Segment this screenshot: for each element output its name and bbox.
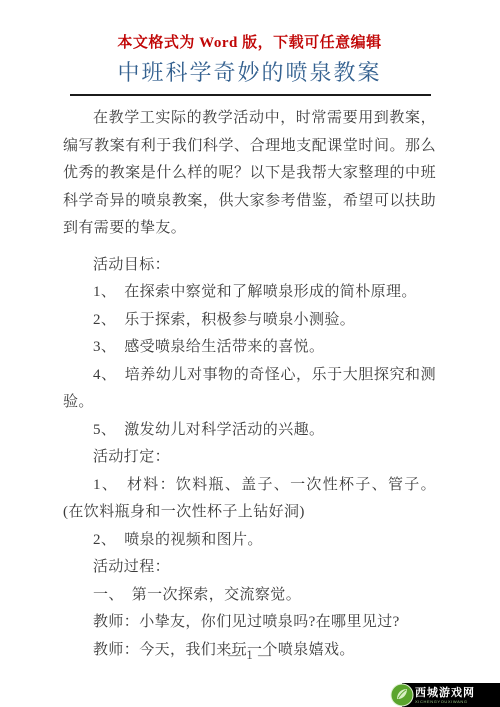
- paragraph: 2、 乐于探索，积极参与喷泉小测验。: [63, 307, 436, 335]
- paragraph: 教师：小挚友，你们见过喷泉吗?在哪里见过?: [63, 609, 436, 637]
- paragraph: 活动过程：: [63, 554, 436, 582]
- paragraph: 5、 激发幼儿对科学活动的兴趣。: [63, 417, 436, 445]
- watermark-bar: 西城游戏网 XICHENGYOUXIWANG: [402, 683, 500, 707]
- watermark-site-name: 西城游戏网: [415, 687, 500, 699]
- paragraph: 4、 培养幼儿对事物的奇怪心，乐于大胆探究和测验。: [63, 362, 436, 417]
- site-watermark: 西城游戏网 XICHENGYOUXIWANG: [402, 683, 500, 707]
- document-page: 本文格式为 Word 版，下载可任意编辑 中班科学奇妙的喷泉教案 在教学工实际的…: [0, 0, 500, 707]
- paragraph: 在教学工实际的教学活动中，时常需要用到教案，编写教案有利于我们科学、合理地支配课…: [63, 105, 436, 243]
- paragraph: 3、 感受喷泉给生活带来的喜悦。: [63, 334, 436, 362]
- watermark-caption: XICHENGYOUXIWANG: [415, 699, 500, 704]
- paragraph: 活动目标：: [63, 252, 436, 280]
- paragraph: 1、 材料：饮料瓶、盖子、一次性杯子、管子。(在饮料瓶身和一次性杯子上钻好洞): [63, 472, 436, 527]
- paragraph: 一、 第一次探索，交流察觉。: [63, 582, 436, 610]
- paragraph: 1、 在探索中察觉和了解喷泉形成的简朴原理。: [63, 279, 436, 307]
- paragraph: 2、 喷泉的视频和图片。: [63, 527, 436, 555]
- document-content: 本文格式为 Word 版，下载可任意编辑 中班科学奇妙的喷泉教案 在教学工实际的…: [0, 0, 500, 664]
- leaf-logo-icon: [390, 683, 414, 707]
- page-number: — 1 —: [0, 647, 500, 663]
- document-title: 中班科学奇妙的喷泉教案: [63, 58, 436, 88]
- document-body: 在教学工实际的教学活动中，时常需要用到教案，编写教案有利于我们科学、合理地支配课…: [63, 105, 436, 664]
- title-divider: [70, 94, 431, 96]
- paragraph: 活动打定：: [63, 444, 436, 472]
- format-notice: 本文格式为 Word 版，下载可任意编辑: [63, 33, 436, 53]
